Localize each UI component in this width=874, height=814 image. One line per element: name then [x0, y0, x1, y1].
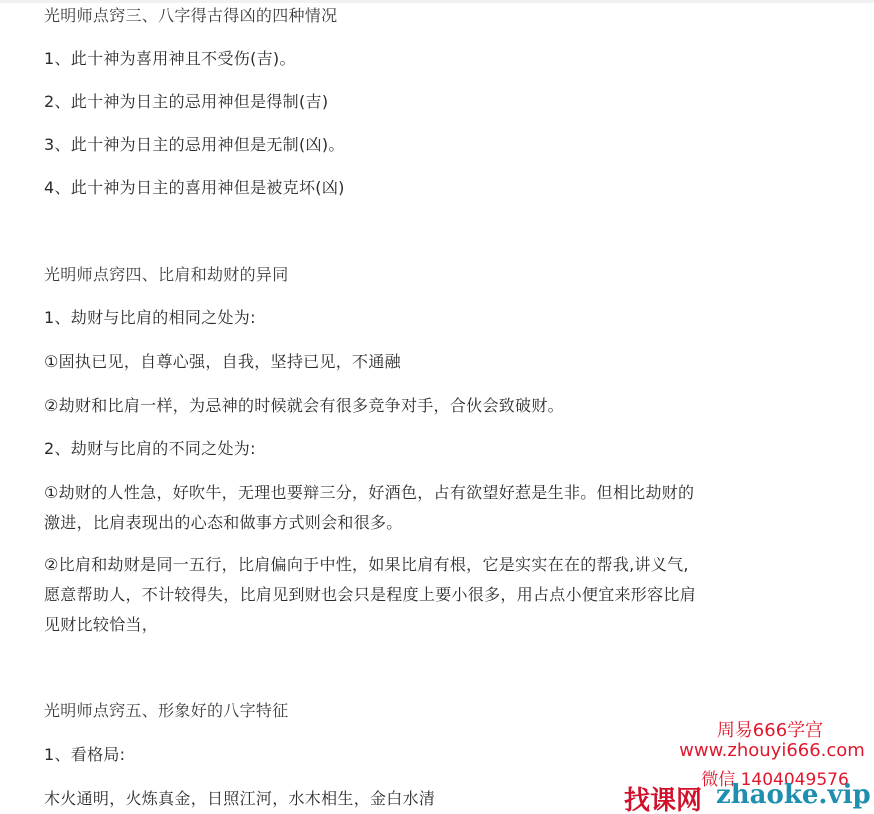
paragraph-difference-1: ①劫财的人性急，好吹牛，无理也要辩三分，好酒色，占有欲望好惹是生非。但相比劫财的…	[44, 478, 794, 538]
list-item: ①固执已见，自尊心强，自我，坚持已见，不通融	[44, 351, 401, 373]
list-item: 2、劫财与比肩的不同之处为:	[44, 438, 256, 460]
section-heading-3: 光明师点窍三、八字得古得凶的四种情况	[44, 5, 337, 27]
paragraph-line: ②比肩和劫财是同一五行，比肩偏向于中性，如果比肩有根，它是实实在在的帮我,讲义气…	[44, 550, 794, 580]
list-item: 3、此十神为日主的忌用神但是无制(凶)。	[44, 134, 345, 156]
paragraph-line: 见财比较恰当，	[44, 610, 794, 640]
paragraph-line: 愿意帮助人，不计较得失，比肩见到财也会只是程度上要小很多，用占点小便宜来形容比肩	[44, 580, 794, 610]
section-heading-5: 光明师点窍五、形象好的八字特征	[44, 700, 289, 722]
list-item: 1、劫财与比肩的相同之处为:	[44, 307, 256, 329]
list-item: 1、看格局:	[44, 744, 125, 766]
paragraph-line: ①劫财的人性急，好吹牛，无理也要辩三分，好酒色，占有欲望好惹是生非。但相比劫财的	[44, 478, 794, 508]
watermark-site-name: 周易666学宫	[690, 716, 850, 742]
list-item: 木火通明，火炼真金，日照江河，水木相生，金白水清	[44, 788, 435, 810]
list-item: 4、此十神为日主的喜用神但是被克坏(凶)	[44, 177, 345, 199]
list-item: 1、此十神为喜用神且不受伤(吉)。	[44, 48, 296, 70]
watermark-brand-en: zhaoke.vip	[716, 780, 871, 810]
page-top-edge	[0, 0, 874, 3]
list-item: ②劫财和比肩一样，为忌神的时候就会有很多竞争对手，合伙会致破财。	[44, 395, 564, 417]
section-heading-4: 光明师点窍四、比肩和劫财的异同	[44, 264, 289, 286]
watermark-brand-cn: 找课网	[624, 780, 702, 814]
paragraph-line: 激进，比肩表现出的心态和做事方式则会和很多。	[44, 508, 794, 538]
paragraph-difference-2: ②比肩和劫财是同一五行，比肩偏向于中性，如果比肩有根，它是实实在在的帮我,讲义气…	[44, 550, 794, 640]
watermark-url: www.zhouyi666.com	[672, 740, 872, 761]
list-item: 2、此十神为日主的忌用神但是得制(吉)	[44, 91, 328, 113]
